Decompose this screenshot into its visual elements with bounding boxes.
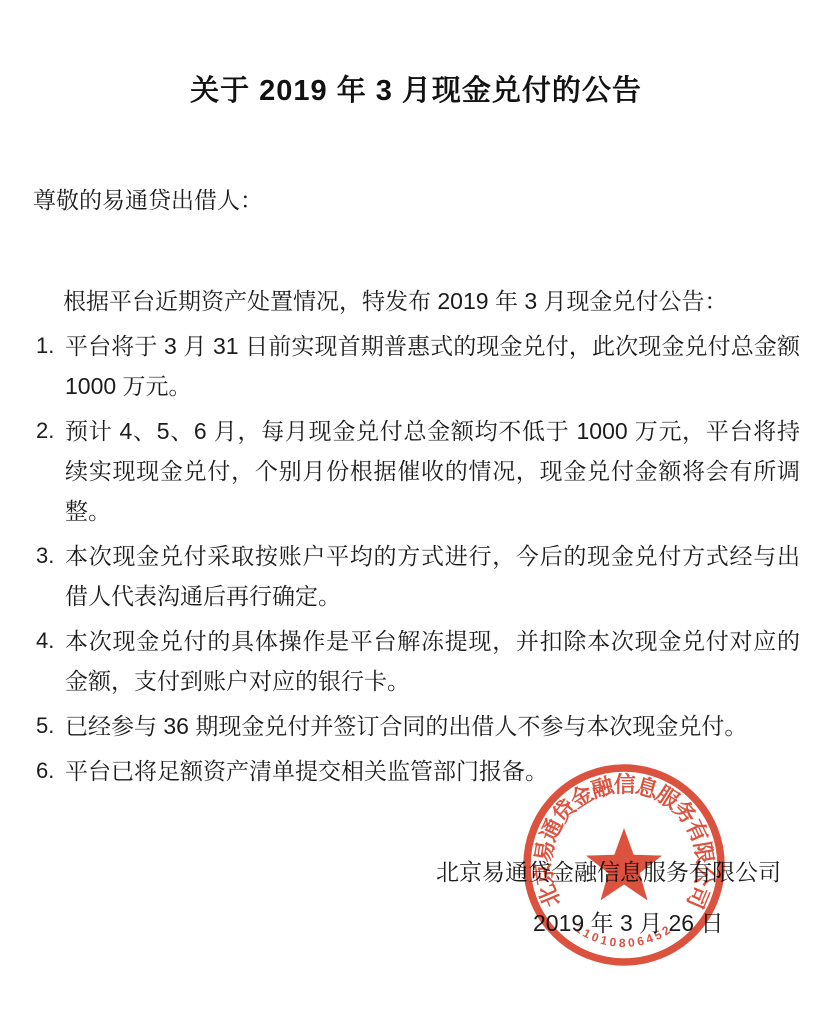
announcement-list: 1. 平台将于 3 月 31 日前实现首期普惠式的现金兑付，此次现金兑付总金额 … <box>36 326 800 796</box>
list-item-number: 1. <box>36 326 65 366</box>
salutation: 尊敬的易通贷出借人： <box>33 185 263 215</box>
list-item-number: 5. <box>36 706 65 746</box>
list-item-text: 平台将于 3 月 31 日前实现首期普惠式的现金兑付，此次现金兑付总金额 100… <box>65 326 800 406</box>
intro-paragraph: 根据平台近期资产处置情况，特发布 2019 年 3 月现金兑付公告： <box>63 281 802 321</box>
list-item-number: 2. <box>36 411 65 451</box>
list-item-number: 6. <box>36 751 65 791</box>
list-item-text: 本次现金兑付的具体操作是平台解冻提现，并扣除本次现金兑付对应的金额，支付到账户对… <box>65 621 800 701</box>
signature-date: 2019 年 3 月 26 日 <box>533 909 724 937</box>
list-item-text: 平台已将足额资产清单提交相关监管部门报备。 <box>65 751 800 791</box>
signature-company: 北京易通贷金融信息服务有限公司 <box>436 858 781 886</box>
list-item: 1. 平台将于 3 月 31 日前实现首期普惠式的现金兑付，此次现金兑付总金额 … <box>36 326 800 406</box>
announcement-document: 关于 2019 年 3 月现金兑付的公告 尊敬的易通贷出借人： 根据平台近期资产… <box>0 0 832 1024</box>
list-item-number: 4. <box>36 621 65 661</box>
list-item: 2. 预计 4、5、6 月，每月现金兑付总金额均不低于 1000 万元，平台将持… <box>36 411 800 531</box>
list-item-number: 3. <box>36 536 65 576</box>
list-item: 6. 平台已将足额资产清单提交相关监管部门报备。 <box>36 751 800 791</box>
list-item: 3. 本次现金兑付采取按账户平均的方式进行，今后的现金兑付方式经与出借人代表沟通… <box>36 536 800 616</box>
list-item-text: 本次现金兑付采取按账户平均的方式进行，今后的现金兑付方式经与出借人代表沟通后再行… <box>65 536 800 616</box>
list-item-text: 已经参与 36 期现金兑付并签订合同的出借人不参与本次现金兑付。 <box>65 706 800 746</box>
document-title: 关于 2019 年 3 月现金兑付的公告 <box>0 68 832 109</box>
list-item: 4. 本次现金兑付的具体操作是平台解冻提现，并扣除本次现金兑付对应的金额，支付到… <box>36 621 800 701</box>
list-item: 5. 已经参与 36 期现金兑付并签订合同的出借人不参与本次现金兑付。 <box>36 706 800 746</box>
list-item-text: 预计 4、5、6 月，每月现金兑付总金额均不低于 1000 万元，平台将持续实现… <box>65 411 800 531</box>
